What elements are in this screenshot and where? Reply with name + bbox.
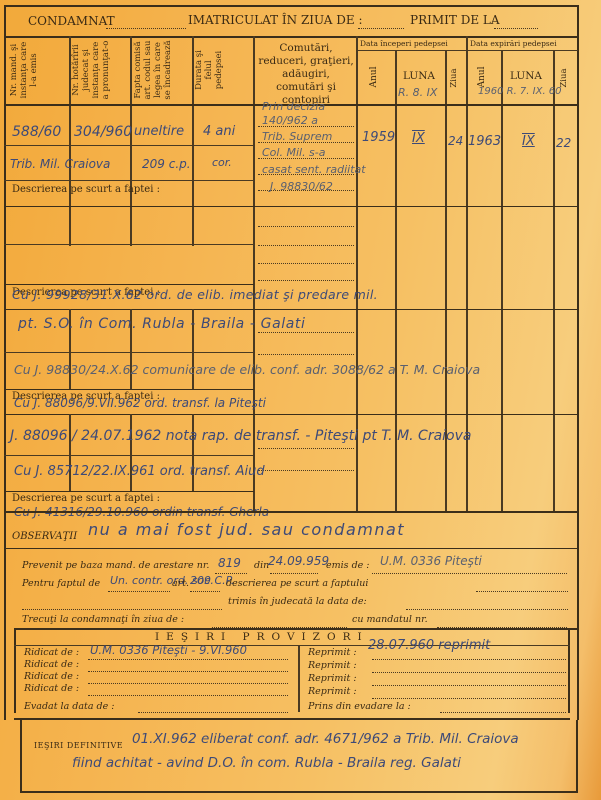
trecuti-label: Trecuţi la condamnaţi în ziua de : [22,614,184,625]
row-2-top [4,206,579,207]
ridicat-label-4: Ridicat de : [24,683,79,694]
end-year-value: 1963 [468,134,501,149]
row4-col-1 [69,414,71,491]
comutari-line-10 [258,332,354,333]
col-header-ziua-1: Ziua [449,63,461,93]
descriere-line-2[interactable] [22,609,222,610]
nr-hotarire-value: 304/960 [74,124,132,140]
prevenit-din-field[interactable] [270,573,318,574]
observatii-label: OBSERVAŢII [12,531,77,542]
comutari-value-4: Col. Mil. s-a [262,146,326,159]
primit-label: PRIMIT DE LA [410,13,500,27]
reprimit-field-4[interactable] [372,698,566,699]
comutari-line-12 [258,448,354,449]
comutari-value-2: 140/962 a [262,114,318,127]
condamnat-field[interactable] [106,28,186,29]
pentru-label: Pentru faptul de [22,578,100,589]
end-date-annotation: 1960 R. 7. IX. 60 [478,86,562,97]
prins-field[interactable] [440,712,566,713]
trimis-field[interactable] [406,609,568,610]
prevenit-emis-field[interactable] [372,573,567,574]
col-header-comutari: Comutări, reduceri, graţieri, adăugiri, … [258,42,354,107]
start-day-value: 24 [448,134,463,148]
reprimit-field-3[interactable] [372,685,566,686]
row4-col-2 [130,414,132,491]
iesiri-provizorii-bottom [14,718,570,720]
col-header-durata: Durata şi felul pedepsei [194,40,254,100]
comutari-value-5: casat sent. radiitat [262,163,366,176]
start-date-annotation: R. 8. IX [398,86,437,99]
prevenit-din-label: din [254,560,269,571]
art-label: art. [172,578,189,589]
imatriculat-label: IMATRICULAT ÎN ZIUA DE : [188,13,363,27]
primit-field[interactable] [494,28,538,29]
col-header-luna-1: LUNA [403,70,435,82]
col-header-data-inceperii: Data începeri pedepsei [360,39,448,48]
comutari-line-13 [258,470,354,471]
iesiri-definitive-line-1: 01.XI.962 eliberat conf. adr. 4671/962 a… [132,731,519,747]
description-label-1: Descrierea pe scurt a faptei : [12,184,160,195]
col-header-nr-hotarire: Nr. hotărîrii judecat şi instanţa care a… [71,39,131,101]
comutari-value-1: Prin decizia [262,100,325,113]
articol-value: 209 c.p. [142,157,191,171]
description-entry-4: Cu J. 88096/9.VII.962 ord. transf. la Pi… [14,396,266,410]
iesiri-definitive-label: IEŞIRI DEFINITIVE [34,741,123,750]
iesiri-center-divider [298,646,300,712]
comutari-line-6 [258,226,354,227]
col-header-luna-2: LUNA [510,70,542,82]
row4-col-3 [192,414,194,491]
row3-bottom-left [4,389,254,390]
row-split [4,145,254,146]
row-2-bottom-left [4,284,254,285]
reprimit-label-3: Reprimit : [308,673,357,684]
col-divider-10 [553,50,555,511]
observatii-bottom [4,548,579,549]
observatii-value: nu a mai fost jud. sau condamnat [88,520,405,539]
ridicat-field-1[interactable] [88,659,288,660]
end-day-value: 22 [556,136,571,150]
nr-mand-value: 588/60 [12,124,61,140]
instanta-mand-value: Trib. Mil. Craiova [10,157,110,171]
trimis-label: trimis în judecată la data de: [228,596,367,607]
reprimit-label-4: Reprimit : [308,686,357,697]
description-entry-5: J. 88096 / 24.07.1962 nota rap. de trans… [10,428,471,444]
end-month-value: IX [522,134,535,149]
frame-top [4,5,579,7]
description-entry-1: Cu J. 99928/31.X.62 ord. de elib. imedia… [12,287,378,302]
reprimit-label-2: Reprimit : [308,660,357,671]
ridicat-label-3: Ridicat de : [24,671,79,682]
start-year-value: 1959 [362,130,395,145]
table-bottom [4,511,579,513]
description-entry-3: Cu J. 98830/24.X.62 comunicare de elib. … [14,362,480,377]
imatriculat-field[interactable] [358,28,404,29]
row4-bottom-left [4,491,254,492]
prevenit-label: Prevenit pe baza mand. de arestare nr. [22,560,209,571]
felul-value: cor. [212,156,232,169]
col-header-nr-mand: Nr. mand. şi instanţa care l-a emis [9,39,69,101]
descriere-faptului-field[interactable] [476,591,568,592]
reprimit-field-1[interactable] [372,659,566,660]
reprimit-label-1: Reprimit : [308,647,357,658]
start-month-value: IX [412,131,425,146]
durata-value: 4 ani [203,124,235,139]
evadat-field[interactable] [138,712,288,713]
comutari-line-7 [258,245,354,246]
col-divider-9 [501,50,503,511]
ridicat-value-1: U.M. 0336 Piteşti - 9.VI.960 [90,643,247,657]
definitive-box-bottom [20,791,578,793]
description-label-4: Descrierea pe scurt a faptei : [12,493,160,504]
comutari-value-6: J. 98830/62 [270,180,333,193]
art-field[interactable] [190,591,220,592]
prevenit-bottom [14,628,579,630]
comutari-line-11 [258,354,354,355]
ridicat-label-2: Ridicat de : [24,659,79,670]
frame-left [4,5,6,720]
col-header-fapta: Fapta comisă art. codul sau legea în car… [133,39,193,101]
fapta-value: uneltire [134,124,184,139]
frame-right [577,5,579,720]
ridicat-field-3[interactable] [88,683,288,684]
descriere-faptului-label: descrierea pe scurt a faptului [226,578,368,589]
prins-label: Prins din evadare la : [308,701,411,712]
mandat-label: cu mandatul nr. [352,614,428,625]
prevenit-emis-label: emis de : [326,560,370,571]
row4-split [4,455,254,456]
date-group-divider [356,50,578,51]
pentru-field[interactable] [108,591,170,592]
description-entry-2: pt. S.O. în Com. Rubla - Braila - Galati [18,316,306,332]
iesiri-definitive-line-2: fiind achitat - avind D.O. în com. Rubla… [72,755,461,771]
definitive-box-left [20,720,22,792]
row-4-top [4,414,579,415]
comutari-line-9 [258,280,354,281]
col-header-data-expirarii: Data expirări pedepsei [470,39,557,48]
header-divider [4,36,579,38]
iesiri-box-left [14,628,16,713]
col-header-anul-1: Anul [369,59,383,95]
ridicat-field-2[interactable] [88,671,288,672]
reprimit-field-2[interactable] [372,672,566,673]
evadat-label: Evadat la data de : [24,701,114,712]
prevenit-emis-value: U.M. 0336 Piteşti [380,554,482,568]
row-3-top [4,309,579,310]
definitive-box-right [576,720,578,792]
row3-split [4,352,254,353]
prevenit-nr-value: 819 [218,556,241,570]
ridicat-label-1: Ridicat de : [24,647,79,658]
comutari-value-3: Trib. Suprem [262,130,332,143]
iesiri-box-right [568,628,570,713]
reprimit-value-1: 28.07.960 reprimit [368,638,490,653]
row-1-bottom-left [4,180,254,181]
prevenit-din-value: 24.09.959 [268,554,329,568]
ridicat-field-4[interactable] [88,695,288,696]
condamnat-label: CONDAMNAT [28,14,115,28]
description-entry-6: Cu J. 85712/22.IX.961 ord. transf. Aiud [14,464,265,479]
comutari-line-8 [258,263,354,264]
row-2-split [4,244,254,245]
iesiri-provizorii-title: IEŞIRI PROVIZORI [155,631,369,643]
